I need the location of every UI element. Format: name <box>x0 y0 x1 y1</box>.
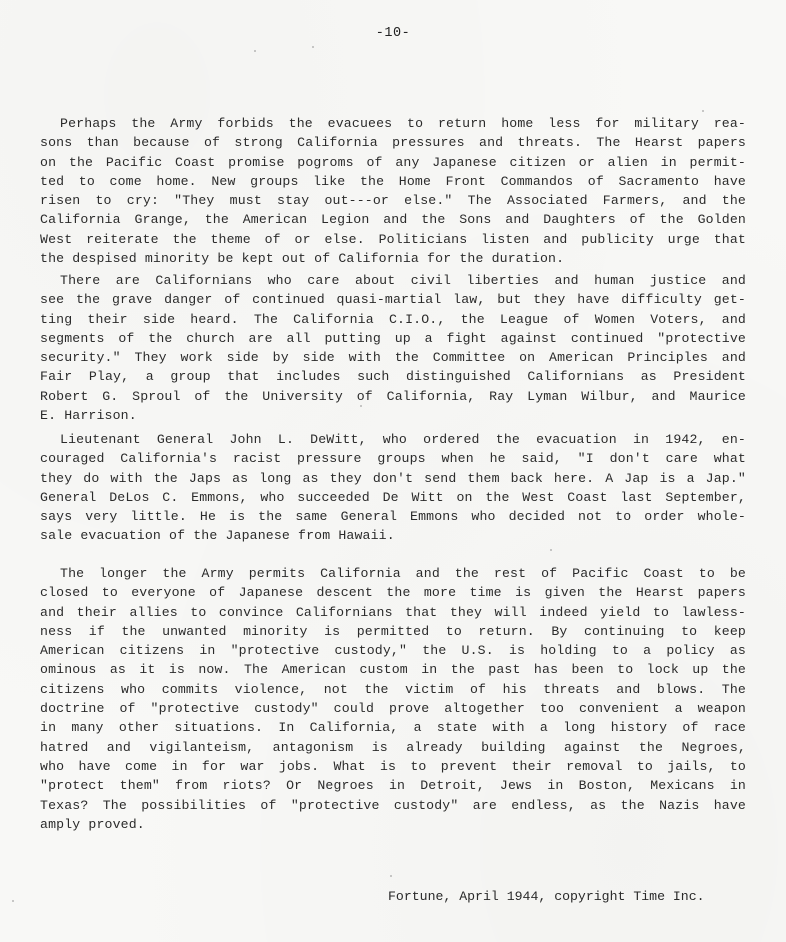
scan-speck <box>550 549 552 551</box>
scan-speck <box>360 405 362 407</box>
text-line: West reiterate the theme of or else. Pol… <box>40 230 746 249</box>
text-line: ted to come home. New groups like the Ho… <box>40 172 746 191</box>
text-line: California Grange, the American Legion a… <box>40 210 746 229</box>
text-line: amply proved. <box>40 815 746 834</box>
text-line: Fair Play, a group that includes such di… <box>40 367 746 386</box>
text-line: ominous as it is now. The American custo… <box>40 660 746 679</box>
paragraph-3: Lieutenant General John L. DeWitt, who o… <box>40 430 746 546</box>
text-line: ness if the unwanted minority is permitt… <box>40 622 746 641</box>
text-line: General DeLos C. Emmons, who succeeded D… <box>40 488 746 507</box>
text-line: says very little. He is the same General… <box>40 507 746 526</box>
paragraph-2: There are Californians who care about ci… <box>40 271 746 425</box>
document-page: -10- Perhaps the Army forbids the evacue… <box>0 0 786 942</box>
text-line: hatred and vigilanteism, antagonism is a… <box>40 738 746 757</box>
scan-speck <box>702 110 704 112</box>
text-line: E. Harrison. <box>40 406 746 425</box>
text-line: ting their side heard. The California C.… <box>40 310 746 329</box>
source-citation: Fortune, April 1944, copyright Time Inc. <box>388 889 705 904</box>
text-line: sale evacuation of the Japanese from Haw… <box>40 526 746 545</box>
scan-speck <box>12 900 14 902</box>
text-line: sons than because of strong California p… <box>40 133 746 152</box>
text-line: doctrine of "protective custody" could p… <box>40 699 746 718</box>
scan-speck <box>254 50 256 52</box>
text-line: There are Californians who care about ci… <box>40 271 746 290</box>
text-line: citizens who commits violence, not the v… <box>40 680 746 699</box>
text-line: segments of the church are all putting u… <box>40 329 746 348</box>
page-number: -10- <box>0 26 786 41</box>
scan-speck <box>390 875 392 877</box>
scan-speck <box>312 46 314 48</box>
paragraph-1: Perhaps the Army forbids the evacuees to… <box>40 114 746 268</box>
text-line: The longer the Army permits California a… <box>40 564 746 583</box>
text-line: security." They work side by side with t… <box>40 348 746 367</box>
paragraph-4: The longer the Army permits California a… <box>40 564 746 834</box>
text-line: Lieutenant General John L. DeWitt, who o… <box>40 430 746 449</box>
text-line: Texas? The possibilities of "protective … <box>40 796 746 815</box>
text-line: and their allies to convince Californian… <box>40 603 746 622</box>
text-line: couraged California's racist pressure gr… <box>40 449 746 468</box>
text-line: in many other situations. In California,… <box>40 718 746 737</box>
text-line: closed to everyone of Japanese descent t… <box>40 583 746 602</box>
text-line: they do with the Japs as long as they do… <box>40 469 746 488</box>
text-line: Perhaps the Army forbids the evacuees to… <box>40 114 746 133</box>
text-line: on the Pacific Coast promise pogroms of … <box>40 153 746 172</box>
text-line: the despised minority be kept out of Cal… <box>40 249 746 268</box>
text-line: who have come in for war jobs. What is t… <box>40 757 746 776</box>
text-line: Robert G. Sproul of the University of Ca… <box>40 387 746 406</box>
text-line: risen to cry: "They must stay out---or e… <box>40 191 746 210</box>
text-line: see the grave danger of continued quasi-… <box>40 290 746 309</box>
text-line: "protect them" from riots? Or Negroes in… <box>40 776 746 795</box>
text-line: American citizens in "protective custody… <box>40 641 746 660</box>
